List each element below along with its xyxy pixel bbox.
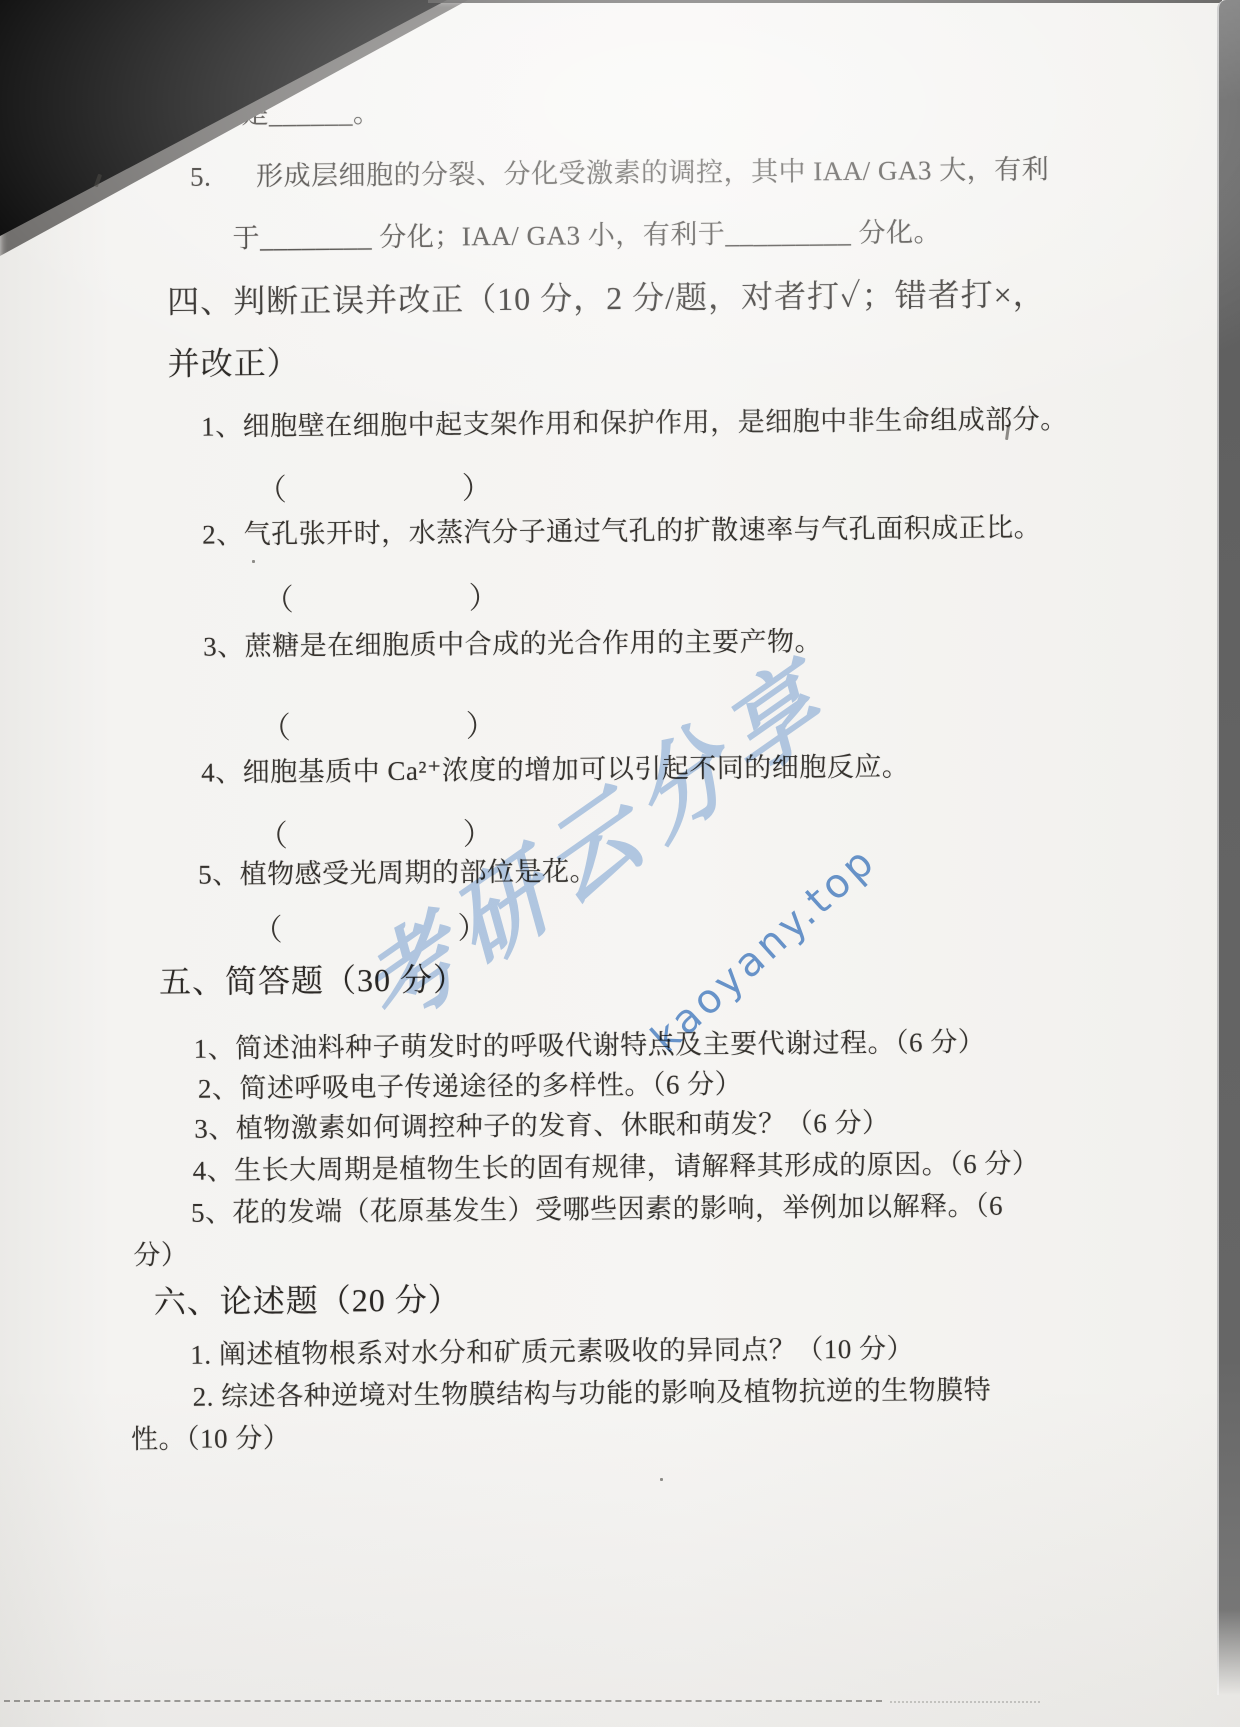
short-answer-item-5-overflow: 分） [133, 1240, 188, 1272]
paren-open: （ [258, 820, 288, 853]
judge-answer-parens-4: （ ） [258, 811, 288, 855]
paren-open: （ [257, 474, 287, 507]
short-answer-item-2: 2、简述呼吸电子传递途径的多样性。（6 分） [198, 1069, 743, 1105]
paren-open: （ [252, 914, 282, 947]
scan-bottom-dashed-line [4, 1700, 882, 1702]
judge-answer-parens-5: （ ） [252, 905, 282, 949]
scan-speck [660, 1478, 663, 1481]
scan-right-edge-strip [1217, 0, 1240, 1695]
short-answer-item-5: 5、花的发端（花原基发生）受哪些因素的影响，举例加以解释。（6 [191, 1191, 1003, 1229]
scanned-exam-page: 是______。 5. 形成层细胞的分裂、分化受激素的调控，其中 IAA/ GA… [0, 0, 1240, 1727]
essay-heading: 六、论述题（20 分） [154, 1281, 461, 1320]
judge-item-3: 3、蔗糖是在细胞质中合成的光合作用的主要产物。 [203, 626, 822, 662]
essay-item-2-overflow: 性。（10 分） [131, 1423, 291, 1455]
short-answer-item-3: 3、植物激素如何调控种子的发育、休眠和萌发？（6 分） [194, 1108, 889, 1145]
essay-item-2: 2. 综述各种逆境对生物膜结构与功能的影响及植物抗逆的生物膜特 [193, 1375, 992, 1413]
judge-item-1: 1、细胞壁在细胞中起支架作用和保护作用，是细胞中非生命组成部分。 [201, 404, 1068, 443]
essay-item-1: 1. 阐述植物根系对水分和矿质元素吸收的异同点？（10 分） [190, 1333, 914, 1370]
short-answer-item-4: 4、生长大周期是植物生长的固有规律，请解释其形成的原因。（6 分） [193, 1148, 1040, 1186]
scan-top-edge-line [428, 0, 1222, 3]
question5-number: 5. [190, 162, 212, 193]
paren-open: （ [261, 712, 291, 745]
question5-line2: 于________ 分化；IAA/ GA3 小，有利于_________ 分化。 [232, 217, 941, 254]
judge-answer-parens-2: （ ） [264, 575, 294, 619]
paren-close: ） [466, 701, 496, 745]
scan-speck [252, 560, 255, 563]
judge-section-heading-line2: 并改正） [167, 345, 299, 383]
short-answer-item-1: 1、简述油料种子萌发时的呼吸代谢特点及主要代谢过程。（6 分） [193, 1027, 985, 1065]
judge-item-2: 2、气孔张开时，水蒸汽分子通过气孔的扩散速率与气孔面积成正比。 [202, 512, 1041, 550]
question5-line1: 形成层细胞的分裂、分化受激素的调控，其中 IAA/ GA3 大，有利 [256, 154, 1049, 192]
judge-answer-parens-1: （ ） [257, 465, 287, 509]
paren-close: ） [462, 463, 492, 507]
judge-section-heading-line1: 四、判断正误并改正（10 分，2 分/题，对者打✓；错者打×， [167, 276, 1046, 320]
paren-open: （ [264, 584, 294, 617]
scan-bottom-dashed-line-faint [890, 1701, 1040, 1703]
paren-close: ） [468, 573, 498, 617]
judge-answer-parens-3: （ ） [261, 703, 291, 747]
